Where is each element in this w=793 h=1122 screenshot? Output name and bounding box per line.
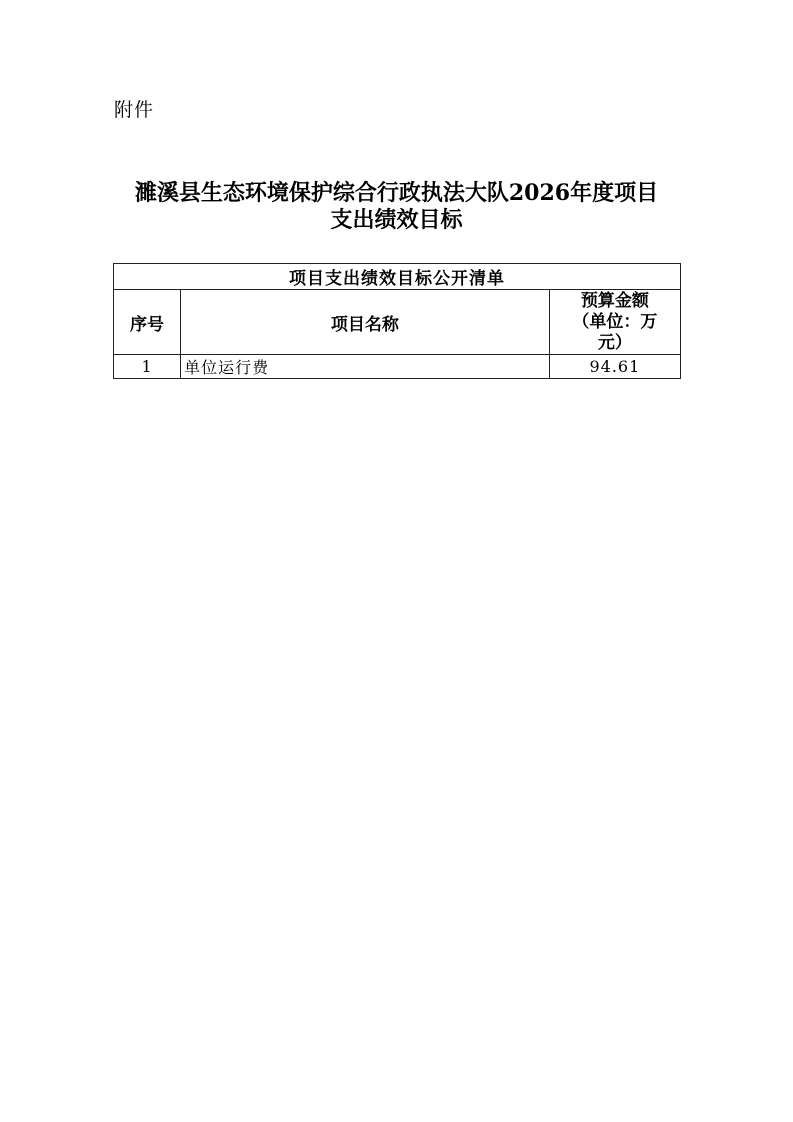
table-header-row: 序号 项目名称 预算金额 （单位：万 元） (114, 290, 681, 355)
cell-project-name: 单位运行费 (181, 355, 550, 379)
table-caption-row: 项目支出绩效目标公开清单 (114, 264, 681, 290)
cell-index: 1 (114, 355, 181, 379)
title-line-1: 濉溪县生态环境保护综合行政执法大队2026年度项目 (100, 180, 693, 207)
header-budget-line-2: （单位：万 (556, 312, 674, 333)
header-index: 序号 (114, 290, 181, 355)
header-budget-line-1: 预算金额 (556, 291, 674, 312)
cell-budget: 94.61 (549, 355, 680, 379)
header-project-name: 项目名称 (181, 290, 550, 355)
title-line-2: 支出绩效目标 (100, 207, 693, 234)
performance-target-table: 项目支出绩效目标公开清单 序号 项目名称 预算金额 （单位：万 元） 1 单位运… (113, 263, 681, 379)
header-budget: 预算金额 （单位：万 元） (549, 290, 680, 355)
table-caption: 项目支出绩效目标公开清单 (114, 264, 681, 290)
attachment-label: 附件 (114, 95, 154, 122)
document-title: 濉溪县生态环境保护综合行政执法大队2026年度项目 支出绩效目标 (100, 180, 693, 234)
table-row: 1 单位运行费 94.61 (114, 355, 681, 379)
header-budget-line-3: 元） (556, 333, 674, 354)
